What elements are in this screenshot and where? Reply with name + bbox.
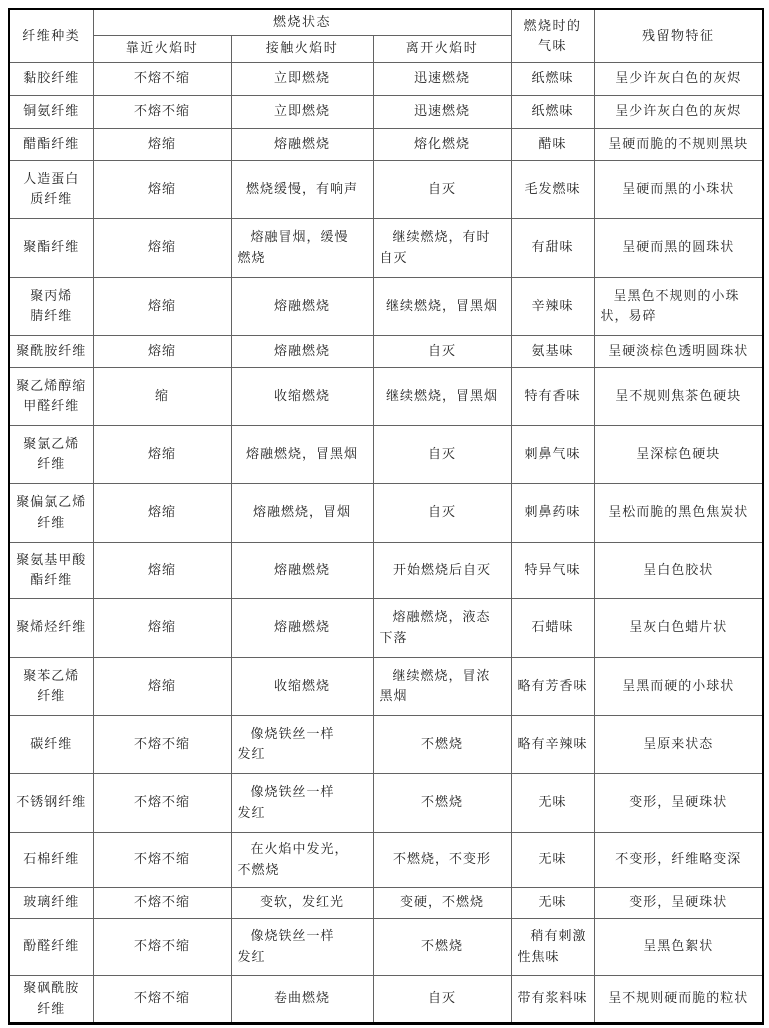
cell-smell: 有甜味: [511, 218, 594, 277]
cell-fiber: 碳纤维: [9, 715, 93, 773]
cell-contact: 收缩燃烧: [231, 657, 373, 715]
table-row: 石棉纤维不熔不缩在火焰中发光， 不燃烧不燃烧，不变形无味不变形，纤维略变深: [9, 832, 763, 887]
cell-leave: 变硬，不燃烧: [373, 887, 511, 918]
cell-residue: 呈松而脆的黑色焦炭状: [594, 483, 763, 542]
cell-fiber: 人造蛋白 质纤维: [9, 160, 93, 218]
fiber-burning-table: 纤维种类 燃烧状态 燃烧时的 气味 残留物特征 靠近火焰时 接触火焰时 离开火焰…: [8, 8, 764, 1025]
cell-fiber: 聚氨基甲酸 酯纤维: [9, 542, 93, 598]
header-residue: 残留物特征: [594, 9, 763, 62]
cell-smell: 纸燃味: [511, 62, 594, 95]
cell-fiber: 石棉纤维: [9, 832, 93, 887]
cell-contact: 熔融冒烟，缓慢 燃烧: [231, 218, 373, 277]
cell-fiber: 不锈钢纤维: [9, 773, 93, 832]
cell-near: 不熔不缩: [93, 715, 231, 773]
cell-contact: 像烧铁丝一样 发红: [231, 918, 373, 975]
cell-leave: 继续燃烧，冒黑烟: [373, 367, 511, 425]
cell-smell: 纸燃味: [511, 95, 594, 128]
cell-smell: 辛辣味: [511, 277, 594, 335]
cell-residue: 呈白色胶状: [594, 542, 763, 598]
cell-smell: 毛发燃味: [511, 160, 594, 218]
cell-fiber: 聚偏氯乙烯 纤维: [9, 483, 93, 542]
cell-leave: 自灭: [373, 425, 511, 483]
cell-near: 不熔不缩: [93, 832, 231, 887]
cell-fiber: 聚烯烃纤维: [9, 598, 93, 657]
cell-residue: 不变形，纤维略变深: [594, 832, 763, 887]
cell-smell: 带有浆料味: [511, 975, 594, 1023]
cell-residue: 呈少许灰白色的灰烬: [594, 62, 763, 95]
cell-near: 熔缩: [93, 657, 231, 715]
header-leave-flame: 离开火焰时: [373, 35, 511, 62]
cell-leave: 继续燃烧，冒黑烟: [373, 277, 511, 335]
cell-contact: 熔融燃烧: [231, 128, 373, 160]
cell-residue: 呈不规则硬而脆的粒状: [594, 975, 763, 1023]
cell-smell: 稍有刺激 性焦味: [511, 918, 594, 975]
table-row: 聚氨基甲酸 酯纤维熔缩熔融燃烧开始燃烧后自灭特异气味呈白色胶状: [9, 542, 763, 598]
cell-leave: 自灭: [373, 160, 511, 218]
cell-contact: 变软，发红光: [231, 887, 373, 918]
cell-residue: 呈黑色絮状: [594, 918, 763, 975]
cell-contact: 像烧铁丝一样 发红: [231, 773, 373, 832]
cell-near: 熔缩: [93, 160, 231, 218]
cell-residue: 呈不规则焦茶色硬块: [594, 367, 763, 425]
cell-near: 不熔不缩: [93, 62, 231, 95]
cell-contact: 熔融燃烧: [231, 598, 373, 657]
header-fiber-type: 纤维种类: [9, 9, 93, 62]
cell-near: 熔缩: [93, 598, 231, 657]
cell-near: 熔缩: [93, 483, 231, 542]
cell-residue: 呈少许灰白色的灰烬: [594, 95, 763, 128]
header-burn-state: 燃烧状态: [93, 9, 511, 35]
cell-fiber: 聚氯乙烯 纤维: [9, 425, 93, 483]
cell-fiber: 醋酯纤维: [9, 128, 93, 160]
cell-leave: 自灭: [373, 975, 511, 1023]
cell-smell: 特异气味: [511, 542, 594, 598]
table-row: 聚丙烯 腈纤维熔缩熔融燃烧继续燃烧，冒黑烟辛辣味呈黑色不规则的小珠 状，易碎: [9, 277, 763, 335]
cell-near: 熔缩: [93, 128, 231, 160]
cell-leave: 迅速燃烧: [373, 95, 511, 128]
cell-contact: 卷曲燃烧: [231, 975, 373, 1023]
cell-fiber: 聚苯乙烯 纤维: [9, 657, 93, 715]
cell-contact: 熔融燃烧: [231, 542, 373, 598]
cell-leave: 自灭: [373, 335, 511, 367]
cell-leave: 继续燃烧，有时 自灭: [373, 218, 511, 277]
table-row: 聚砜酰胺 纤维不熔不缩卷曲燃烧自灭带有浆料味呈不规则硬而脆的粒状: [9, 975, 763, 1023]
cell-fiber: 聚酰胺纤维: [9, 335, 93, 367]
cell-residue: 呈原来状态: [594, 715, 763, 773]
cell-smell: 无味: [511, 887, 594, 918]
cell-smell: 氨基味: [511, 335, 594, 367]
cell-contact: 在火焰中发光， 不燃烧: [231, 832, 373, 887]
cell-contact: 收缩燃烧: [231, 367, 373, 425]
cell-near: 不熔不缩: [93, 887, 231, 918]
table-row: 铜氨纤维不熔不缩立即燃烧迅速燃烧纸燃味呈少许灰白色的灰烬: [9, 95, 763, 128]
cell-residue: 呈深棕色硬块: [594, 425, 763, 483]
cell-residue: 呈硬而脆的不规则黑块: [594, 128, 763, 160]
cell-near: 不熔不缩: [93, 773, 231, 832]
cell-smell: 略有辛辣味: [511, 715, 594, 773]
cell-near: 熔缩: [93, 425, 231, 483]
cell-fiber: 玻璃纤维: [9, 887, 93, 918]
cell-contact: 熔融燃烧: [231, 335, 373, 367]
cell-near: 不熔不缩: [93, 975, 231, 1023]
cell-leave: 熔化燃烧: [373, 128, 511, 160]
cell-contact: 熔融燃烧，冒烟: [231, 483, 373, 542]
cell-residue: 呈硬淡棕色透明圆珠状: [594, 335, 763, 367]
cell-smell: 石蜡味: [511, 598, 594, 657]
cell-smell: 刺鼻气味: [511, 425, 594, 483]
table-row: 不锈钢纤维不熔不缩像烧铁丝一样 发红不燃烧无味变形，呈硬珠状: [9, 773, 763, 832]
cell-contact: 熔融燃烧，冒黑烟: [231, 425, 373, 483]
cell-residue: 呈灰白色蜡片状: [594, 598, 763, 657]
cell-leave: 不燃烧: [373, 715, 511, 773]
cell-smell: 醋味: [511, 128, 594, 160]
cell-smell: 刺鼻药味: [511, 483, 594, 542]
cell-near: 不熔不缩: [93, 95, 231, 128]
table-row: 醋酯纤维熔缩熔融燃烧熔化燃烧醋味呈硬而脆的不规则黑块: [9, 128, 763, 160]
cell-contact: 像烧铁丝一样 发红: [231, 715, 373, 773]
cell-residue: 变形，呈硬珠状: [594, 773, 763, 832]
cell-leave: 迅速燃烧: [373, 62, 511, 95]
cell-smell: 无味: [511, 832, 594, 887]
cell-fiber: 黏胶纤维: [9, 62, 93, 95]
cell-near: 缩: [93, 367, 231, 425]
table-row: 聚苯乙烯 纤维熔缩收缩燃烧继续燃烧，冒浓 黑烟略有芳香味呈黑而硬的小球状: [9, 657, 763, 715]
cell-near: 熔缩: [93, 277, 231, 335]
header-burn-smell: 燃烧时的 气味: [511, 9, 594, 62]
table-row: 聚氯乙烯 纤维熔缩熔融燃烧，冒黑烟自灭刺鼻气味呈深棕色硬块: [9, 425, 763, 483]
cell-contact: 立即燃烧: [231, 95, 373, 128]
table-row: 碳纤维不熔不缩像烧铁丝一样 发红不燃烧略有辛辣味呈原来状态: [9, 715, 763, 773]
cell-fiber: 铜氨纤维: [9, 95, 93, 128]
table-row: 聚偏氯乙烯 纤维熔缩熔融燃烧，冒烟自灭刺鼻药味呈松而脆的黑色焦炭状: [9, 483, 763, 542]
table-row: 人造蛋白 质纤维熔缩燃烧缓慢，有响声自灭毛发燃味呈硬而黑的小珠状: [9, 160, 763, 218]
table-body: 黏胶纤维不熔不缩立即燃烧迅速燃烧纸燃味呈少许灰白色的灰烬铜氨纤维不熔不缩立即燃烧…: [9, 62, 763, 1023]
cell-residue: 呈硬而黑的圆珠状: [594, 218, 763, 277]
cell-smell: 特有香味: [511, 367, 594, 425]
cell-residue: 变形，呈硬珠状: [594, 887, 763, 918]
cell-fiber: 酚醛纤维: [9, 918, 93, 975]
cell-leave: 不燃烧，不变形: [373, 832, 511, 887]
cell-residue: 呈硬而黑的小珠状: [594, 160, 763, 218]
table-row: 聚乙烯醇缩 甲醛纤维缩收缩燃烧继续燃烧，冒黑烟特有香味呈不规则焦茶色硬块: [9, 367, 763, 425]
cell-leave: 自灭: [373, 483, 511, 542]
cell-fiber: 聚酯纤维: [9, 218, 93, 277]
cell-leave: 熔融燃烧，液态 下落: [373, 598, 511, 657]
cell-fiber: 聚乙烯醇缩 甲醛纤维: [9, 367, 93, 425]
table-row: 酚醛纤维不熔不缩像烧铁丝一样 发红不燃烧稍有刺激 性焦味呈黑色絮状: [9, 918, 763, 975]
cell-smell: 略有芳香味: [511, 657, 594, 715]
cell-fiber: 聚砜酰胺 纤维: [9, 975, 93, 1023]
cell-fiber: 聚丙烯 腈纤维: [9, 277, 93, 335]
header-contact-flame: 接触火焰时: [231, 35, 373, 62]
cell-smell: 无味: [511, 773, 594, 832]
table-row: 聚烯烃纤维熔缩熔融燃烧熔融燃烧，液态 下落石蜡味呈灰白色蜡片状: [9, 598, 763, 657]
cell-near: 熔缩: [93, 218, 231, 277]
table-header: 纤维种类 燃烧状态 燃烧时的 气味 残留物特征 靠近火焰时 接触火焰时 离开火焰…: [9, 9, 763, 62]
cell-residue: 呈黑而硬的小球状: [594, 657, 763, 715]
cell-contact: 熔融燃烧: [231, 277, 373, 335]
cell-residue: 呈黑色不规则的小珠 状，易碎: [594, 277, 763, 335]
header-near-flame: 靠近火焰时: [93, 35, 231, 62]
cell-contact: 立即燃烧: [231, 62, 373, 95]
cell-leave: 继续燃烧，冒浓 黑烟: [373, 657, 511, 715]
cell-contact: 燃烧缓慢，有响声: [231, 160, 373, 218]
table-row: 黏胶纤维不熔不缩立即燃烧迅速燃烧纸燃味呈少许灰白色的灰烬: [9, 62, 763, 95]
cell-leave: 不燃烧: [373, 773, 511, 832]
scanned-document-page: 纤维种类 燃烧状态 燃烧时的 气味 残留物特征 靠近火焰时 接触火焰时 离开火焰…: [0, 0, 769, 1028]
cell-near: 熔缩: [93, 542, 231, 598]
cell-near: 熔缩: [93, 335, 231, 367]
table-row: 玻璃纤维不熔不缩变软，发红光变硬，不燃烧无味变形，呈硬珠状: [9, 887, 763, 918]
cell-leave: 开始燃烧后自灭: [373, 542, 511, 598]
table-row: 聚酯纤维熔缩熔融冒烟，缓慢 燃烧继续燃烧，有时 自灭有甜味呈硬而黑的圆珠状: [9, 218, 763, 277]
cell-leave: 不燃烧: [373, 918, 511, 975]
table-row: 聚酰胺纤维熔缩熔融燃烧自灭氨基味呈硬淡棕色透明圆珠状: [9, 335, 763, 367]
cell-near: 不熔不缩: [93, 918, 231, 975]
